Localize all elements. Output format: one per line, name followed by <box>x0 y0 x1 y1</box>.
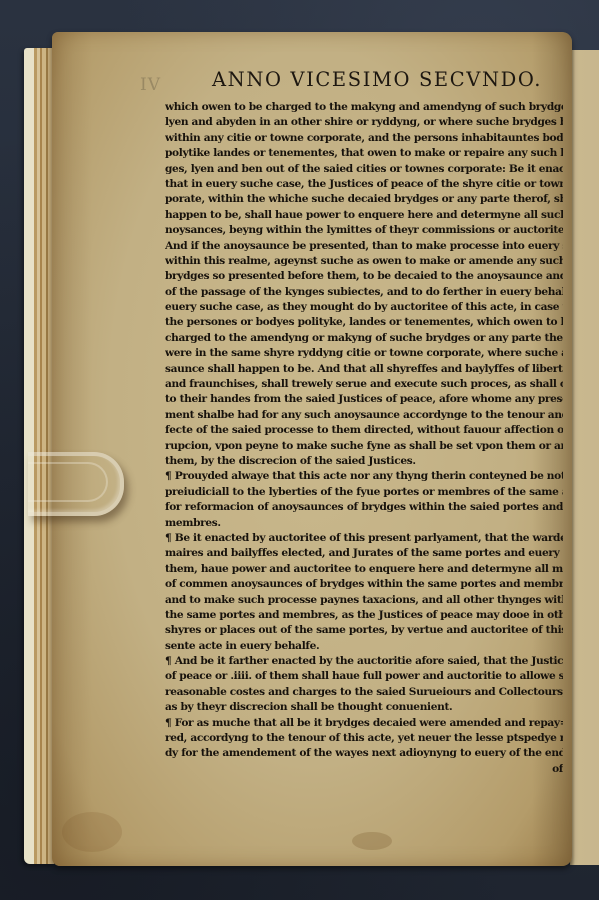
text-line: And if the anoysaunce be presented, than… <box>165 239 563 254</box>
text-line: maires and bailyffes elected, and Jurate… <box>165 546 563 561</box>
text-line: them, haue power and auctoritee to enque… <box>165 562 563 577</box>
text-line: to their handes from the saied Justices … <box>165 392 563 407</box>
text-line: porate, within the whiche suche decaied … <box>165 192 563 207</box>
folio-ghost-text: IV <box>140 75 161 95</box>
text-line: fecte of the saied processe to them dire… <box>165 423 563 438</box>
paper-clip-inner <box>28 462 108 502</box>
text-line: sente acte in euery behalfe. <box>165 639 563 654</box>
text-line: within this realme, ageynst suche as owe… <box>165 254 563 269</box>
text-line: happen to be, shall haue power to enquer… <box>165 208 563 223</box>
text-line: that in euery suche case, the Justices o… <box>165 177 563 192</box>
text-line: for reformacion of anoysaunces of brydge… <box>165 500 563 515</box>
text-line: ¶ Be it enacted by auctoritee of this pr… <box>165 531 563 546</box>
text-line: were in the same shyre ryddyng citie or … <box>165 346 563 361</box>
text-line: rupcion, vpon peyne to make suche fyne a… <box>165 439 563 454</box>
body-text: which owen to be charged to the makyng a… <box>165 100 563 777</box>
text-line: ¶ Prouyded alwaye that this acte nor any… <box>165 469 563 484</box>
page-stain <box>352 832 392 850</box>
text-line: shyres or places out of the same portes,… <box>165 623 563 638</box>
text-line: ment shalbe had for any such anoysaunce … <box>165 408 563 423</box>
right-page-leaf <box>570 50 599 865</box>
text-line: the same portes and membres, as the Just… <box>165 608 563 623</box>
text-line: and fraunchises, shall trewely serue and… <box>165 377 563 392</box>
text-line: lyen and abyden in an other shire or ryd… <box>165 115 563 130</box>
text-line: preiudiciall to the lyberties of the fyu… <box>165 485 563 500</box>
text-line: ¶ For as muche that all be it brydges de… <box>165 716 563 731</box>
text-line: dy for the amendement of the wayes next … <box>165 746 563 761</box>
text-line: saunce shall happen to be. And that all … <box>165 362 563 377</box>
page-stain <box>62 812 122 852</box>
text-line: within any citie or towne corporate, and… <box>165 131 563 146</box>
text-line: and to make such processe paynes taxacio… <box>165 593 563 608</box>
text-line: ges, lyen and ben out of the saied citie… <box>165 162 563 177</box>
text-line: which owen to be charged to the makyng a… <box>165 100 563 115</box>
text-line: them, by the discrecion of the saied Jus… <box>165 454 563 469</box>
text-line: of peace or .iiii. of them shall haue fu… <box>165 669 563 684</box>
text-line: as by theyr discrecion shall be thought … <box>165 700 563 715</box>
text-line: noysances, beyng within the lymittes of … <box>165 223 563 238</box>
text-line: euery suche case, as they mought do by a… <box>165 300 563 315</box>
text-line: membres. <box>165 516 563 531</box>
text-line: polytike landes or tenementes, that owen… <box>165 146 563 161</box>
text-line: charged to the amendyng or makyng of suc… <box>165 331 563 346</box>
text-line: of the passage of the kynges subiectes, … <box>165 285 563 300</box>
text-line: brydges so presented before them, to be … <box>165 269 563 284</box>
text-line: ¶ And be it farther enacted by the aucto… <box>165 654 563 669</box>
text-line: reasonable costes and charges to the sai… <box>165 685 563 700</box>
catchword: of <box>165 762 563 777</box>
running-head: ANNO VICESIMO SECVNDO. <box>212 68 562 91</box>
text-line: the persones or bodyes polityke, landes … <box>165 315 563 330</box>
text-line: of commen anoysaunces of brydges within … <box>165 577 563 592</box>
text-line: red, accordyng to the tenour of this act… <box>165 731 563 746</box>
